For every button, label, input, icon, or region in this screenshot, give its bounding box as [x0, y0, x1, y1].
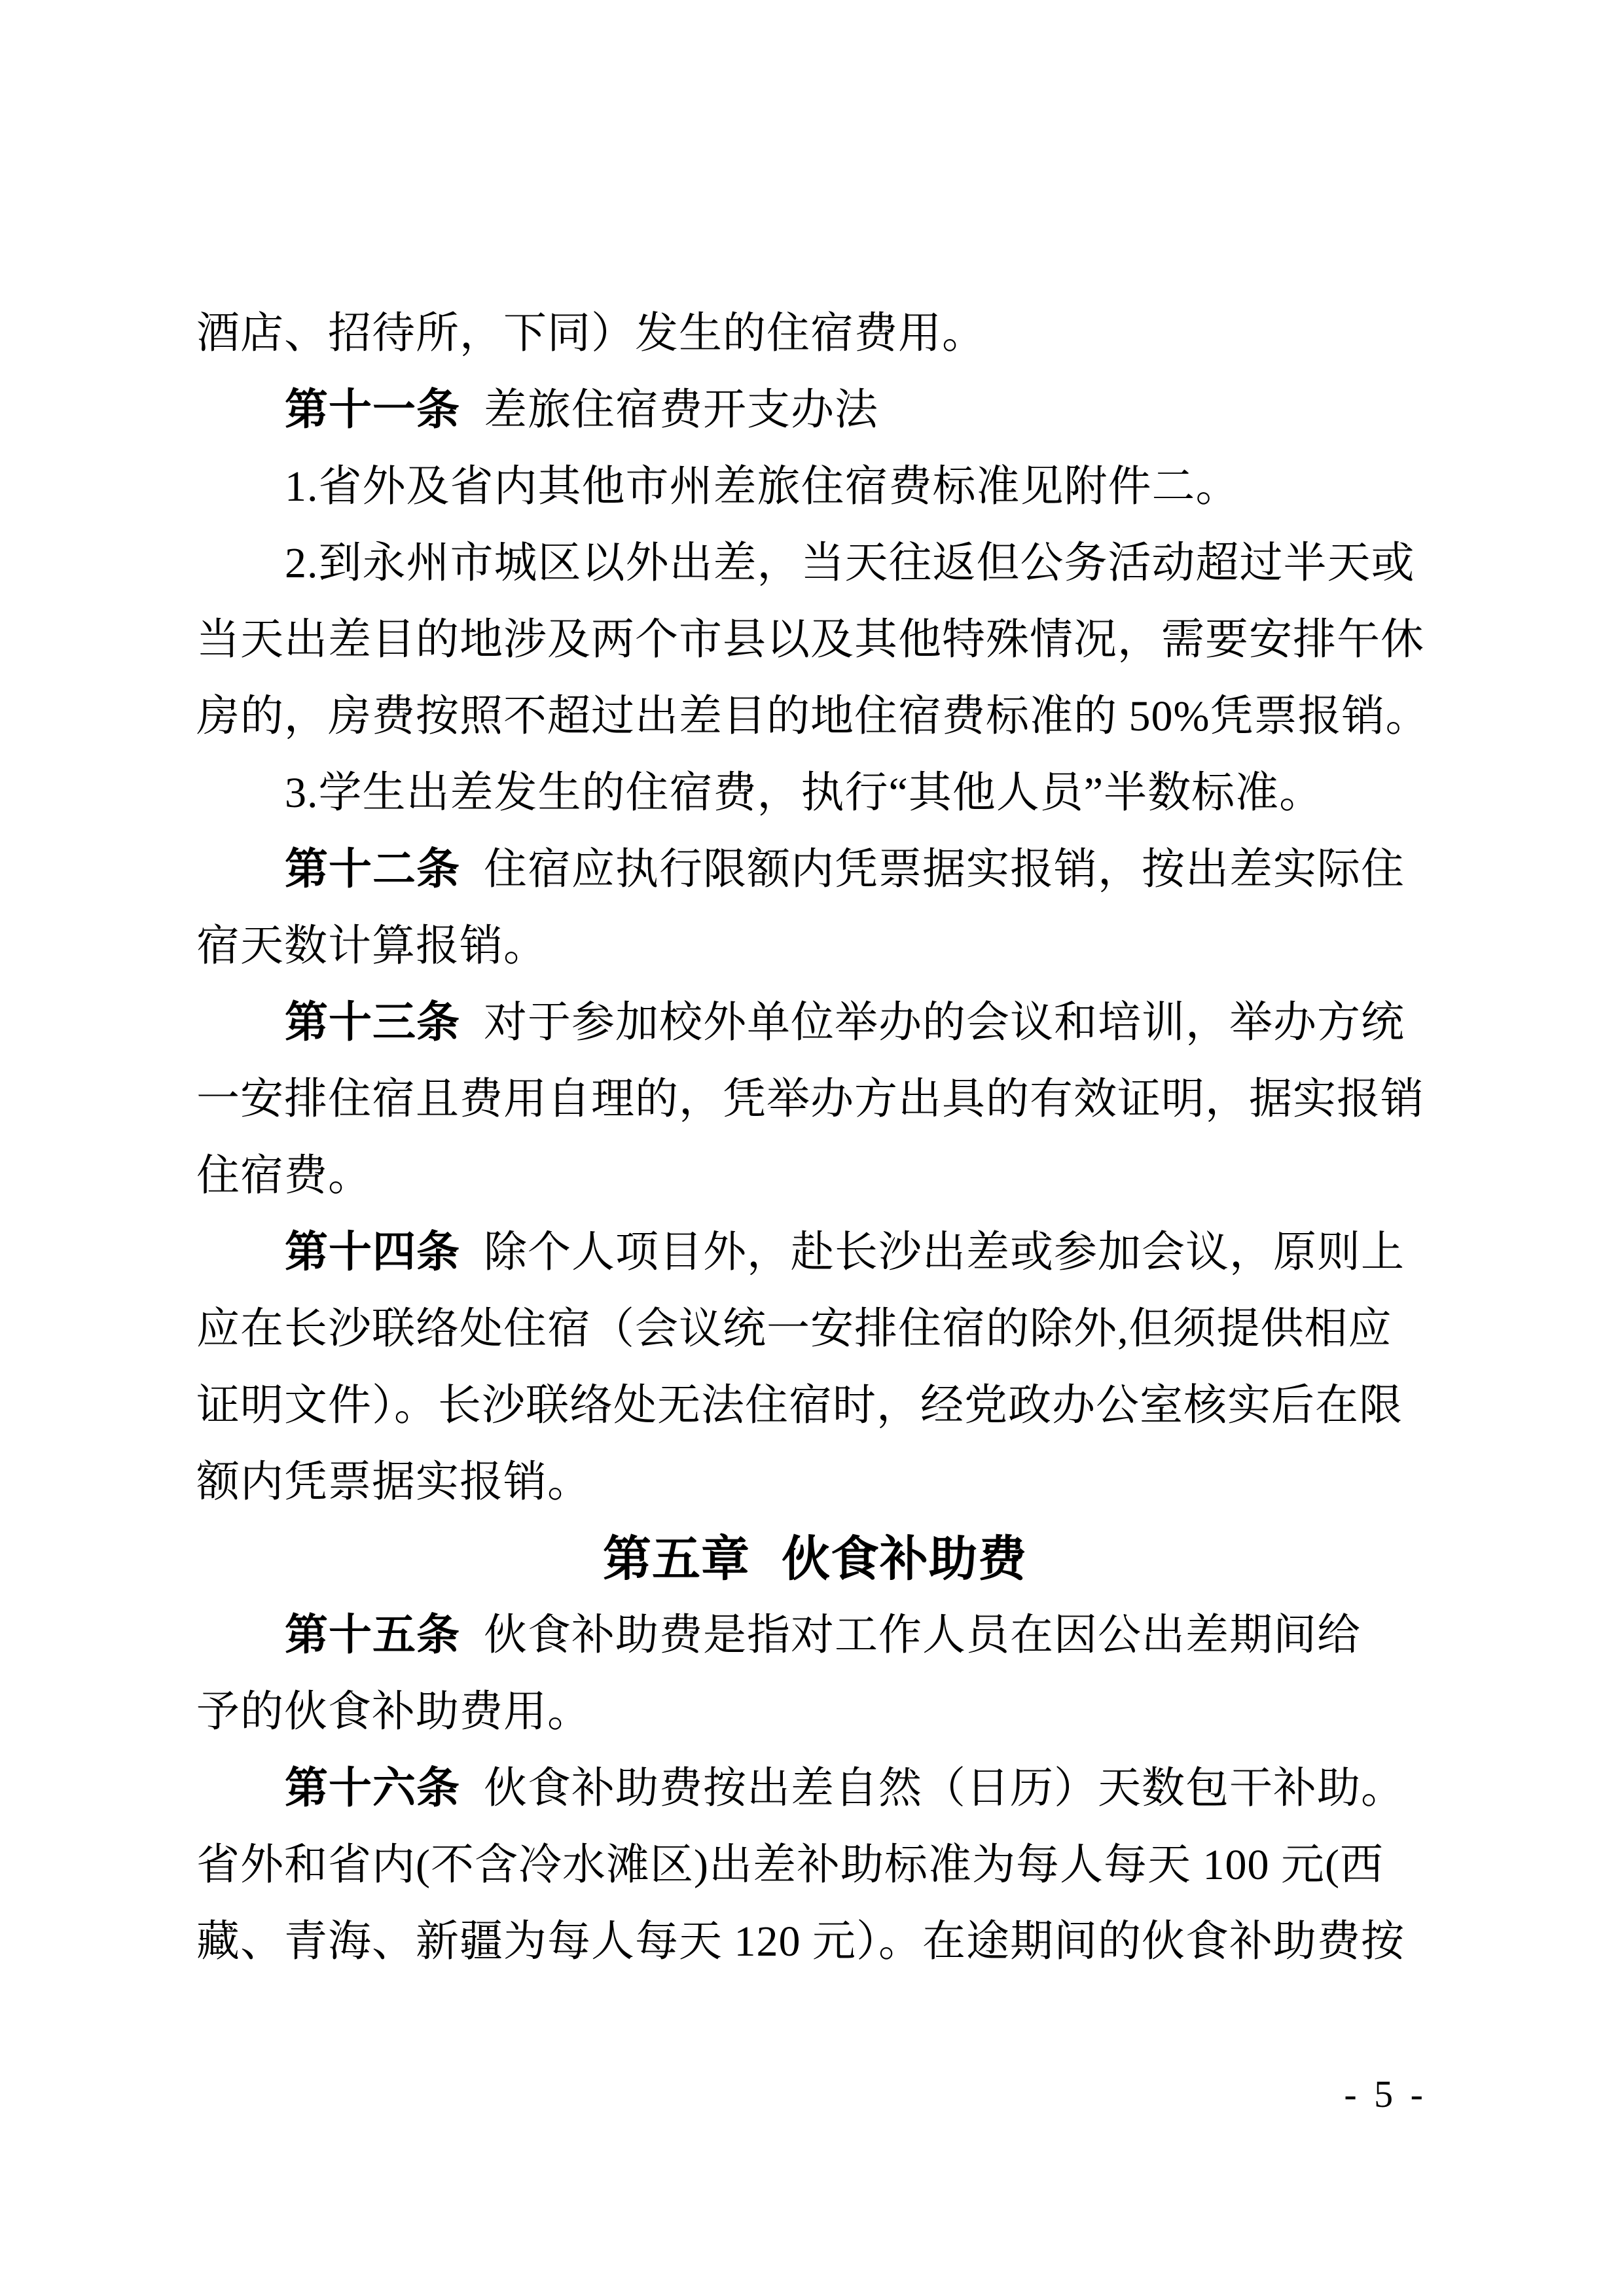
body-line: 宿天数计算报销。: [196, 908, 1434, 984]
document-body: 酒店、招待所，下同）发生的住宿费用。第十一条差旅住宿费开支办法1.省外及省内其他…: [196, 295, 1434, 1980]
body-line: 酒店、招待所，下同）发生的住宿费用。: [196, 295, 1434, 372]
article-text: 对于参加校外单位举办的会议和培训，举办方统: [484, 999, 1405, 1047]
article-number-label: 第十二条: [285, 846, 460, 893]
body-line: 2.到永州市城区以外出差，当天往返但公务活动超过半天或: [196, 525, 1434, 601]
body-line: 额内凭票据实报销。: [196, 1444, 1434, 1520]
body-line: 住宿费。: [196, 1138, 1434, 1214]
article-number-label: 第十一条: [285, 386, 460, 434]
article-line: 第十五条伙食补助费是指对工作人员在因公出差期间给: [196, 1597, 1434, 1674]
article-line: 第十四条除个人项目外，赴长沙出差或参加会议，原则上: [196, 1214, 1434, 1291]
page-number: - 5 -: [1344, 2072, 1427, 2117]
article-number-label: 第十五条: [285, 1611, 460, 1659]
chapter-number-label: 第五章: [603, 1532, 750, 1586]
body-line: 证明文件）。长沙联络处无法住宿时，经党政办公室核实后在限: [196, 1367, 1434, 1444]
body-line: 3.学生出差发生的住宿费，执行“其他人员”半数标准。: [196, 755, 1434, 831]
article-text: 伙食补助费是指对工作人员在因公出差期间给: [484, 1611, 1361, 1659]
article-line: 第十二条住宿应执行限额内凭票据实报销，按出差实际住: [196, 831, 1434, 908]
body-line: 省外和省内(不含冷水滩区)出差补助标准为每人每天 100 元(西: [196, 1827, 1434, 1903]
body-line: 予的伙食补助费用。: [196, 1674, 1434, 1750]
article-number-label: 第十六条: [285, 1765, 460, 1812]
body-line: 1.省外及省内其他市州差旅住宿费标准见附件二。: [196, 448, 1434, 525]
article-text: 住宿应执行限额内凭票据实报销，按出差实际住: [484, 846, 1405, 893]
document-page: 酒店、招待所，下同）发生的住宿费用。第十一条差旅住宿费开支办法1.省外及省内其他…: [0, 0, 1624, 2296]
body-line: 藏、青海、新疆为每人每天 120 元）。在途期间的伙食补助费按: [196, 1903, 1434, 1980]
chapter-title-text: 伙食补助费: [782, 1532, 1027, 1586]
chapter-heading: 第五章伙食补助费: [196, 1520, 1434, 1597]
article-line: 第十一条差旅住宿费开支办法: [196, 372, 1434, 448]
text-lines-container: 酒店、招待所，下同）发生的住宿费用。第十一条差旅住宿费开支办法1.省外及省内其他…: [196, 295, 1434, 1980]
article-line: 第十六条伙食补助费按出差自然（日历）天数包干补助。: [196, 1750, 1434, 1827]
body-line: 当天出差目的地涉及两个市县以及其他特殊情况，需要安排午休: [196, 601, 1434, 678]
body-line: 房的，房费按照不超过出差目的地住宿费标准的 50%凭票报销。: [196, 678, 1434, 755]
article-number-label: 第十三条: [285, 999, 460, 1047]
body-line: 一安排住宿且费用自理的，凭举办方出具的有效证明，据实报销: [196, 1061, 1434, 1138]
article-line: 第十三条对于参加校外单位举办的会议和培训，举办方统: [196, 984, 1434, 1061]
article-text: 差旅住宿费开支办法: [484, 386, 878, 434]
article-number-label: 第十四条: [285, 1229, 460, 1276]
article-text: 伙食补助费按出差自然（日历）天数包干补助。: [484, 1765, 1405, 1812]
body-line: 应在长沙联络处住宿（会议统一安排住宿的除外,但须提供相应: [196, 1291, 1434, 1367]
article-text: 除个人项目外，赴长沙出差或参加会议，原则上: [484, 1229, 1405, 1276]
